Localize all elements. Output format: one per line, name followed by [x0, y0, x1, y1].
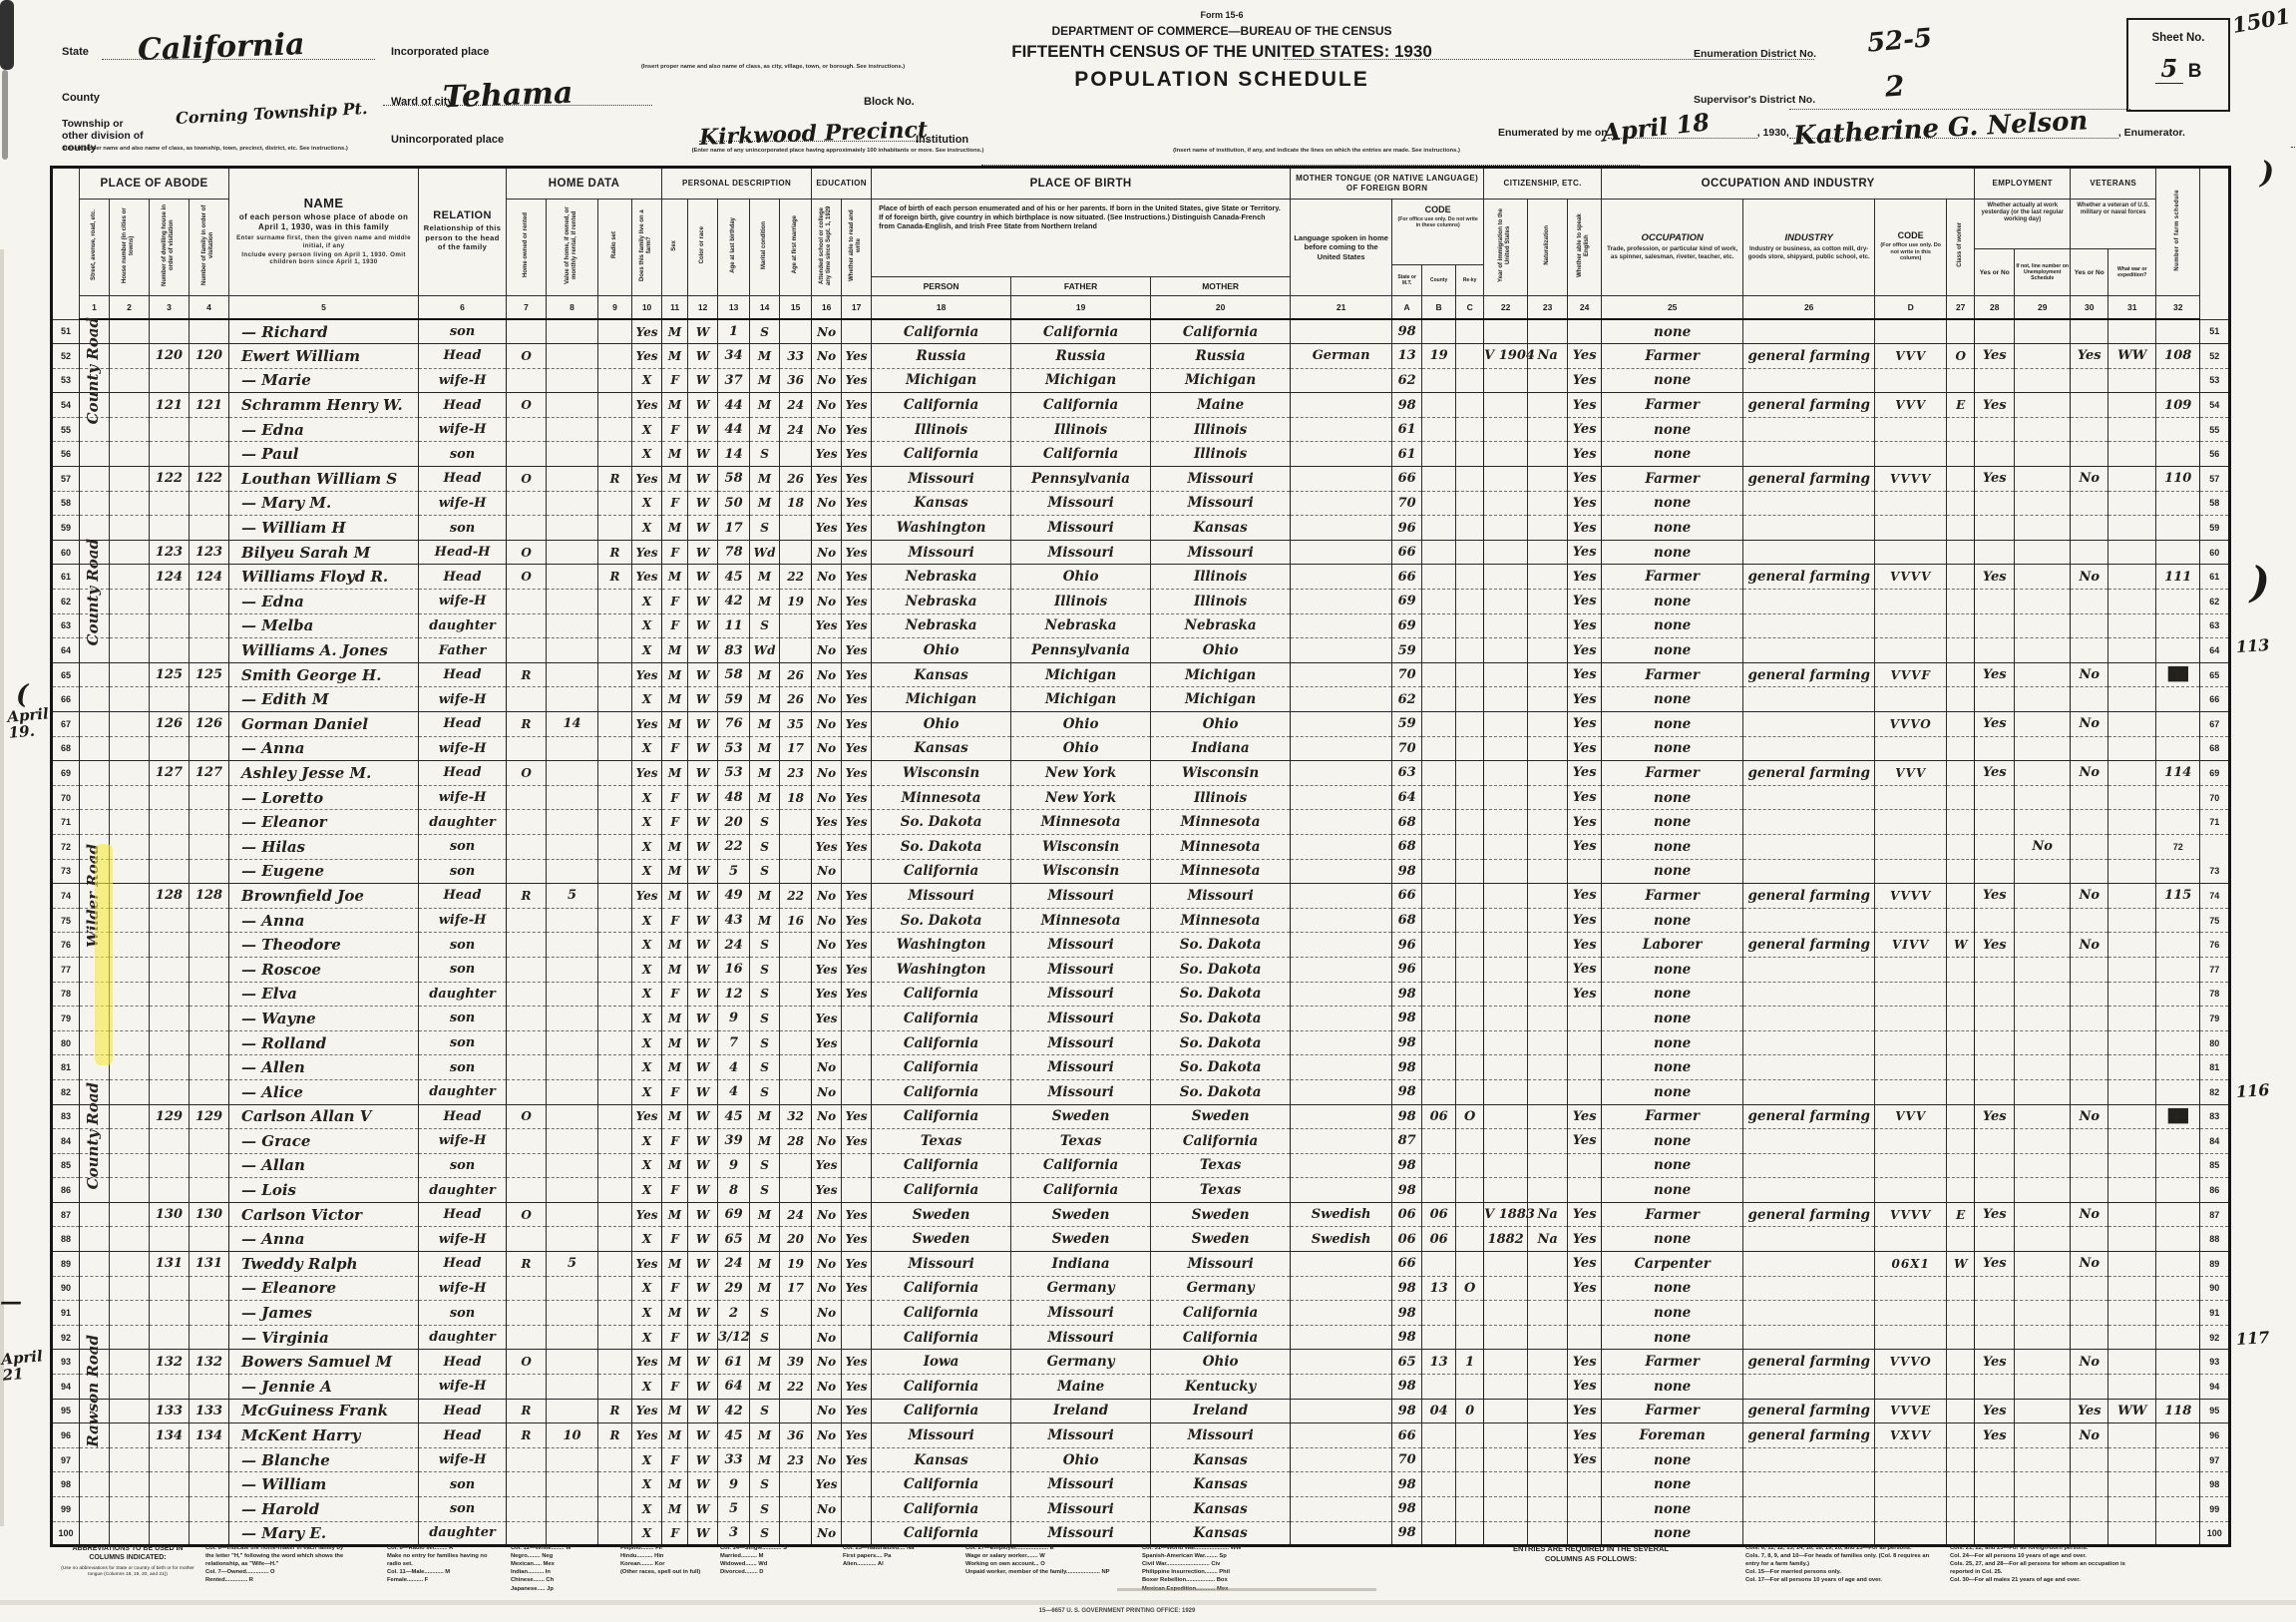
cell-owned_rented: O — [507, 1350, 547, 1375]
cell-read_write: Yes — [842, 1129, 872, 1154]
cell-code_b — [1422, 1423, 1456, 1448]
census-row-92: 92— VirginiadaughterXFW3/12SNoCalifornia… — [52, 1325, 2230, 1350]
cell-race: W — [688, 933, 718, 958]
cell-age_first_married — [780, 957, 812, 982]
cell-industry — [1743, 1178, 1875, 1203]
cell-attended_school: No — [812, 565, 842, 590]
cell-code_b — [1422, 884, 1456, 909]
cell-line-number-right: 87 — [2200, 1202, 2230, 1227]
cell-line-number-right: 97 — [2200, 1447, 2230, 1472]
cell-veteran — [2071, 319, 2108, 344]
cell-father_birthplace: Ohio — [1011, 712, 1151, 737]
cell-owned_rented: O — [507, 393, 547, 418]
cell-line: 81 — [52, 1055, 80, 1080]
cell-dwelling_number: 120 — [150, 344, 190, 369]
cell-street — [80, 540, 110, 565]
cell-mother_birthplace: Illinois — [1151, 417, 1291, 442]
cell-code_c — [1456, 393, 1484, 418]
cell-father_birthplace: Missouri — [1011, 1497, 1151, 1522]
cell-line: 64 — [52, 638, 80, 663]
cell-war — [2108, 687, 2156, 712]
cell-code_b — [1422, 1521, 1456, 1546]
cell-immigration_year — [1484, 319, 1528, 344]
column-number-6: 6 — [419, 296, 507, 320]
cell-code_c — [1456, 761, 1484, 786]
cell-farm_schedule — [2156, 540, 2200, 565]
cell-line-number-right: 95 — [2200, 1399, 2230, 1423]
group-mother-tongue: MOTHER TONGUE (OR NATIVE LANGUAGE) OF FO… — [1291, 168, 1484, 200]
cell-employed — [1975, 1325, 2015, 1350]
cell-attended_school: Yes — [812, 1153, 842, 1178]
cell-birthplace: California — [872, 442, 1011, 467]
cell-war — [2108, 810, 2156, 835]
cell-line-number-right: 89 — [2200, 1252, 2230, 1277]
cell-read_write — [842, 1153, 872, 1178]
cell-line-number-right: 94 — [2200, 1375, 2230, 1400]
cell-code_c — [1456, 590, 1484, 614]
cell-family_number: 132 — [190, 1350, 229, 1375]
cell-read_write — [842, 1325, 872, 1350]
column-number-row: 123456789101112131415161718192021ABC2223… — [52, 296, 2230, 320]
cell-war — [2108, 1497, 2156, 1522]
cell-language — [1291, 368, 1392, 393]
cell-home_value — [547, 368, 598, 393]
cell-on_farm: Yes — [632, 712, 662, 737]
cell-code_a: 96 — [1392, 933, 1422, 958]
cell-owned_rented — [507, 859, 547, 884]
cell-farm_schedule: ██ — [2156, 1104, 2200, 1129]
code-title: CODE — [1393, 204, 1482, 214]
cell-relation: wife-H — [419, 417, 507, 442]
cell-name: — Allan — [229, 1153, 419, 1178]
cell-worker_class — [1947, 1079, 1975, 1104]
cell-relation: son — [419, 442, 507, 467]
cell-mother_birthplace: So. Dakota — [1151, 1030, 1291, 1055]
cell-code_d — [1875, 1521, 1947, 1546]
cell-immigration_year — [1484, 1375, 1528, 1400]
margin-note: ) — [2250, 561, 2270, 605]
cell-employed — [1975, 1497, 2015, 1522]
cell-occupation: none — [1602, 859, 1743, 884]
census-row-81: 81— AllensonXMW4SNoCaliforniaMissouriSo.… — [52, 1055, 2230, 1080]
cell-family_number — [190, 590, 229, 614]
cell-code_a: 68 — [1392, 810, 1422, 835]
cell-worker_class — [1947, 736, 1975, 761]
supervisor-district-label: Supervisor's District No. — [1694, 94, 1815, 106]
cell-farm_schedule — [2156, 1079, 2200, 1104]
cell-line-number-right: 83 — [2200, 1104, 2230, 1129]
cell-on_farm: Yes — [632, 662, 662, 687]
cell-code_a: 66 — [1392, 565, 1422, 590]
cell-code_a: 64 — [1392, 785, 1422, 810]
cell-age_first_married — [780, 1399, 812, 1423]
name-caption: of each person whose place of abode on A… — [232, 212, 415, 232]
cell-code_a: 69 — [1392, 590, 1422, 614]
cell-code_b — [1422, 1497, 1456, 1522]
cell-worker_class — [1947, 1497, 1975, 1522]
cell-occupation: none — [1602, 1325, 1743, 1350]
cell-marital: M — [750, 1202, 780, 1227]
cell-home_value: 5 — [547, 1252, 598, 1277]
cell-language: Swedish — [1291, 1227, 1392, 1252]
cell-employed — [1975, 319, 2015, 344]
cell-employed: Yes — [1975, 393, 2015, 418]
cell-read_write: Yes — [842, 344, 872, 369]
column-number-D: D — [1875, 296, 1947, 320]
cell-name: Bowers Samuel M — [229, 1350, 419, 1375]
cell-line-number-right: 100 — [2200, 1521, 2230, 1546]
footer-line: Mexican Expedition............ Mex — [1142, 1585, 1292, 1593]
cell-worker_class — [1947, 1399, 1975, 1423]
cell-relation: wife-H — [419, 1375, 507, 1400]
cell-immigration_year — [1484, 638, 1528, 663]
cell-unemployment_line — [2015, 1447, 2071, 1472]
cell-sex: M — [662, 1350, 688, 1375]
cell-relation: son — [419, 1497, 507, 1522]
cell-father_birthplace: California — [1011, 1153, 1151, 1178]
cell-on_farm: X — [632, 982, 662, 1007]
cell-code_c — [1456, 1030, 1484, 1055]
col-header-home-value: Value of home, if owned, or monthly rent… — [547, 200, 598, 296]
cell-occupation: Farmer — [1602, 467, 1743, 492]
cell-farm_schedule — [2156, 1007, 2200, 1031]
cell-house_number — [110, 393, 150, 418]
footer-line: Col. 7—Owned.............. O — [205, 1568, 345, 1576]
cell-code_c — [1456, 1178, 1484, 1203]
cell-family_number — [190, 1055, 229, 1080]
cell-dwelling_number: 134 — [150, 1423, 190, 1448]
cell-employed — [1975, 1079, 2015, 1104]
cell-on_farm: X — [632, 491, 662, 516]
cell-sex: F — [662, 1276, 688, 1301]
cell-employed — [1975, 368, 2015, 393]
cell-naturalization: Na — [1528, 1227, 1568, 1252]
cell-immigration_year: 1882 — [1484, 1227, 1528, 1252]
cell-marital: S — [750, 442, 780, 467]
census-row-99: 99— HaroldsonXMW5SNoCaliforniaMissouriKa… — [52, 1497, 2230, 1522]
cell-dwelling_number — [150, 417, 190, 442]
cell-occupation: none — [1602, 687, 1743, 712]
cell-relation: Head — [419, 344, 507, 369]
cell-attended_school: Yes — [812, 1178, 842, 1203]
cell-name: — Blanche — [229, 1447, 419, 1472]
incorporated-place-note: (Insert proper name and also name of cla… — [559, 64, 987, 70]
footer-line: Cols. 21, 22, and 23—For all foreign-bor… — [1950, 1544, 2134, 1552]
cell-home_value — [547, 1030, 598, 1055]
cell-mother_birthplace: Missouri — [1151, 884, 1291, 909]
cell-farm_schedule — [2156, 785, 2200, 810]
cell-on_farm: X — [632, 908, 662, 933]
cell-sex: M — [662, 662, 688, 687]
cell-age: 42 — [718, 1399, 750, 1423]
cell-birthplace: Missouri — [872, 1423, 1011, 1448]
cell-veteran: Yes — [2071, 344, 2108, 369]
cell-father_birthplace: Maine — [1011, 1375, 1151, 1400]
cell-war — [2108, 785, 2156, 810]
cell-house_number — [110, 736, 150, 761]
cell-industry — [1743, 1276, 1875, 1301]
cell-immigration_year — [1484, 736, 1528, 761]
cell-dwelling_number — [150, 933, 190, 958]
cell-code_b — [1422, 516, 1456, 541]
cell-worker_class — [1947, 785, 1975, 810]
cell-speaks_english: Yes — [1568, 933, 1602, 958]
cell-employed — [1975, 1276, 2015, 1301]
cell-name: — Edna — [229, 417, 419, 442]
cell-occupation: Farmer — [1602, 344, 1743, 369]
cell-owned_rented: R — [507, 662, 547, 687]
cell-mother_birthplace: Texas — [1151, 1153, 1291, 1178]
cell-unemployment_line — [2015, 1252, 2071, 1277]
incorporated-place-label: Incorporated place — [391, 46, 489, 58]
cell-street — [80, 933, 110, 958]
cell-code_b — [1422, 393, 1456, 418]
cell-code_b — [1422, 1007, 1456, 1031]
cell-age: 9 — [718, 1153, 750, 1178]
cell-house_number — [110, 1007, 150, 1031]
cell-name: — Wayne — [229, 1007, 419, 1031]
cell-code_d — [1875, 687, 1947, 712]
industry-caption: Industry or business, as cotton mill, dr… — [1747, 245, 1870, 260]
cell-father_birthplace: Missouri — [1011, 1055, 1151, 1080]
footer-line: Cols. 6, 11, 12, 13, 14, 16, 18, 19, 20,… — [1745, 1544, 1930, 1552]
cell-employed — [1975, 1447, 2015, 1472]
cell-birthplace: Kansas — [872, 491, 1011, 516]
cell-war — [2108, 565, 2156, 590]
cell-relation: daughter — [419, 613, 507, 638]
cell-war — [2108, 1325, 2156, 1350]
cell-father_birthplace: Indiana — [1011, 1252, 1151, 1277]
cell-worker_class — [1947, 1227, 1975, 1252]
abbreviations-note: (Use no abbreviations for State or count… — [58, 1566, 197, 1578]
cell-owned_rented — [507, 834, 547, 859]
cell-name: Smith George H. — [229, 662, 419, 687]
cell-war — [2108, 638, 2156, 663]
col-header-owned-rented: Home owned or rented — [507, 200, 547, 296]
cell-owned_rented — [507, 590, 547, 614]
cell-worker_class — [1947, 442, 1975, 467]
cell-owned_rented — [507, 368, 547, 393]
cell-code_a: 06 — [1392, 1202, 1422, 1227]
census-row-89: 89131131Tweddy RalphHeadR5YesMW24M19NoYe… — [52, 1252, 2230, 1277]
cell-speaks_english: Yes — [1568, 540, 1602, 565]
cell-house_number — [110, 834, 150, 859]
cell-line-number-right: 73 — [2200, 859, 2230, 884]
cell-line-number-right: 54 — [2200, 393, 2230, 418]
col-header-veterans: Whether a veteran of U.S. military or na… — [2071, 200, 2156, 296]
cell-veteran — [2071, 1227, 2108, 1252]
cell-dwelling_number — [150, 1472, 190, 1497]
cell-marital: S — [750, 933, 780, 958]
cell-home_value — [547, 540, 598, 565]
cell-occupation: Carpenter — [1602, 1252, 1743, 1277]
cell-speaks_english: Yes — [1568, 712, 1602, 737]
township-line: Kirkwood Precinct — [699, 125, 929, 142]
cell-code_d — [1875, 1276, 1947, 1301]
cell-birthplace: California — [872, 393, 1011, 418]
cell-home_value — [547, 590, 598, 614]
cell-veteran — [2071, 1153, 2108, 1178]
cell-sex: F — [662, 810, 688, 835]
cell-father_birthplace: Missouri — [1011, 540, 1151, 565]
cell-radio_set — [598, 1007, 632, 1031]
cell-marital: S — [750, 613, 780, 638]
cell-read_write: Yes — [842, 712, 872, 737]
cell-father_birthplace: Illinois — [1011, 417, 1151, 442]
cell-immigration_year — [1484, 590, 1528, 614]
cell-war — [2108, 1079, 2156, 1104]
cell-industry — [1743, 319, 1875, 344]
footer-line: Korean........ Kor — [620, 1560, 712, 1568]
employment-sublabels: Yes or No If not, line number on Unemplo… — [1975, 248, 2070, 295]
cell-relation: Head — [419, 1423, 507, 1448]
cell-radio_set — [598, 1497, 632, 1522]
cell-dwelling_number: 129 — [150, 1104, 190, 1129]
cell-worker_class — [1947, 834, 1975, 859]
cell-age_first_married: 17 — [780, 1276, 812, 1301]
cell-family_number — [190, 613, 229, 638]
census-row-87: 87130130Carlson VictorHeadOYesMW69M24NoY… — [52, 1202, 2230, 1227]
cell-house_number — [110, 761, 150, 786]
cell-read_write: Yes — [842, 1399, 872, 1423]
cell-line: 61 — [52, 565, 80, 590]
cell-family_number — [190, 1276, 229, 1301]
cell-code_c — [1456, 1079, 1484, 1104]
cell-line: 87 — [52, 1202, 80, 1227]
cell-age_first_married — [780, 516, 812, 541]
cell-house_number — [110, 1301, 150, 1326]
cell-language — [1291, 1423, 1392, 1448]
cell-family_number: 120 — [190, 344, 229, 369]
group-citizenship: CITIZENSHIP, ETC. — [1484, 168, 1602, 200]
cell-line-number-right: 57 — [2200, 467, 2230, 492]
census-row-61: 61124124Williams Floyd R.HeadORYesMW45M2… — [52, 565, 2230, 590]
cell-industry — [1743, 1521, 1875, 1546]
cell-age_first_married — [780, 1030, 812, 1055]
cell-farm_schedule — [2156, 1497, 2200, 1522]
cell-radio_set — [598, 687, 632, 712]
cell-language — [1291, 687, 1392, 712]
cell-family_number — [190, 319, 229, 344]
cell-street — [80, 957, 110, 982]
cell-sex: F — [662, 1129, 688, 1154]
cell-marital: S — [750, 1055, 780, 1080]
cell-age: 4 — [718, 1055, 750, 1080]
cell-language — [1291, 590, 1392, 614]
cell-war — [2108, 467, 2156, 492]
cell-industry: general farming — [1743, 761, 1875, 786]
footer-line: Col. 30—For all males 21 years of age an… — [1950, 1576, 2134, 1584]
cell-occupation: none — [1602, 613, 1743, 638]
cell-mother_birthplace: California — [1151, 1301, 1291, 1326]
cell-code_c — [1456, 884, 1484, 909]
cell-birthplace: Nebraska — [872, 590, 1011, 614]
cell-mother_birthplace: Kentucky — [1151, 1375, 1291, 1400]
cell-father_birthplace: California — [1011, 1178, 1151, 1203]
cell-attended_school: No — [812, 687, 842, 712]
cell-race: W — [688, 957, 718, 982]
cell-owned_rented: R — [507, 1399, 547, 1423]
cell-mother_birthplace: Illinois — [1151, 442, 1291, 467]
cell-immigration_year — [1484, 884, 1528, 909]
cell-relation: son — [419, 1030, 507, 1055]
cell-code_a: 96 — [1392, 957, 1422, 982]
cell-language: German — [1291, 344, 1392, 369]
cell-farm_schedule — [2156, 1252, 2200, 1277]
cell-house_number — [110, 1129, 150, 1154]
cell-sex: M — [662, 393, 688, 418]
cell-veteran — [2071, 442, 2108, 467]
cell-attended_school: Yes — [812, 1472, 842, 1497]
cell-veteran: No — [2071, 1423, 2108, 1448]
cell-code_b — [1422, 761, 1456, 786]
cell-family_number — [190, 736, 229, 761]
cell-language — [1291, 982, 1392, 1007]
cell-speaks_english: Yes — [1568, 590, 1602, 614]
cell-code_a: 59 — [1392, 712, 1422, 737]
cell-on_farm: X — [632, 1007, 662, 1031]
cell-worker_class — [1947, 908, 1975, 933]
cell-unemployment_line — [2015, 884, 2071, 909]
cell-code_a: 98 — [1392, 1375, 1422, 1400]
cell-unemployment_line — [2015, 417, 2071, 442]
cell-father_birthplace: Pennsylvania — [1011, 638, 1151, 663]
cell-mother_birthplace: Missouri — [1151, 491, 1291, 516]
cell-home_value — [547, 467, 598, 492]
cell-war — [2108, 908, 2156, 933]
cell-language — [1291, 1055, 1392, 1080]
cell-age: 24 — [718, 933, 750, 958]
cell-employed: Yes — [1975, 565, 2015, 590]
cell-sex: F — [662, 491, 688, 516]
cell-age: 29 — [718, 1276, 750, 1301]
cell-name: — Mary E. — [229, 1521, 419, 1546]
cell-mother_birthplace: Sweden — [1151, 1227, 1291, 1252]
county-label: County — [62, 92, 100, 104]
county-value-handwriting: Tehama — [443, 76, 574, 116]
cell-birthplace: California — [872, 859, 1011, 884]
institution-label: Institution — [916, 134, 968, 146]
cell-sex: M — [662, 834, 688, 859]
cell-sex: F — [662, 1079, 688, 1104]
cell-radio_set: R — [598, 467, 632, 492]
cell-father_birthplace: Missouri — [1011, 1472, 1151, 1497]
cell-immigration_year — [1484, 1007, 1528, 1031]
cell-relation: son — [419, 1301, 507, 1326]
cell-owned_rented: O — [507, 761, 547, 786]
cell-attended_school: No — [812, 1521, 842, 1546]
cell-radio_set — [598, 1472, 632, 1497]
census-row-53: 53— Mariewife-HXFW37M36NoYesMichiganMich… — [52, 368, 2230, 393]
cell-war — [2108, 393, 2156, 418]
cell-worker_class — [1947, 859, 1975, 884]
col-header-house-number: House number (in cities or towns) — [110, 200, 150, 296]
cell-home_value — [547, 761, 598, 786]
cell-marital: S — [750, 834, 780, 859]
footer-line: Make no entry for families having no rad… — [387, 1552, 497, 1568]
cell-race: W — [688, 1202, 718, 1227]
cell-age_first_married — [780, 1521, 812, 1546]
cell-speaks_english: Yes — [1568, 662, 1602, 687]
cell-name: — Richard — [229, 319, 419, 344]
cell-on_farm: X — [632, 957, 662, 982]
cell-family_number — [190, 491, 229, 516]
cell-owned_rented — [507, 442, 547, 467]
cell-house_number — [110, 859, 150, 884]
cell-code_c — [1456, 344, 1484, 369]
cell-street — [80, 1007, 110, 1031]
cell-relation: daughter — [419, 1178, 507, 1203]
